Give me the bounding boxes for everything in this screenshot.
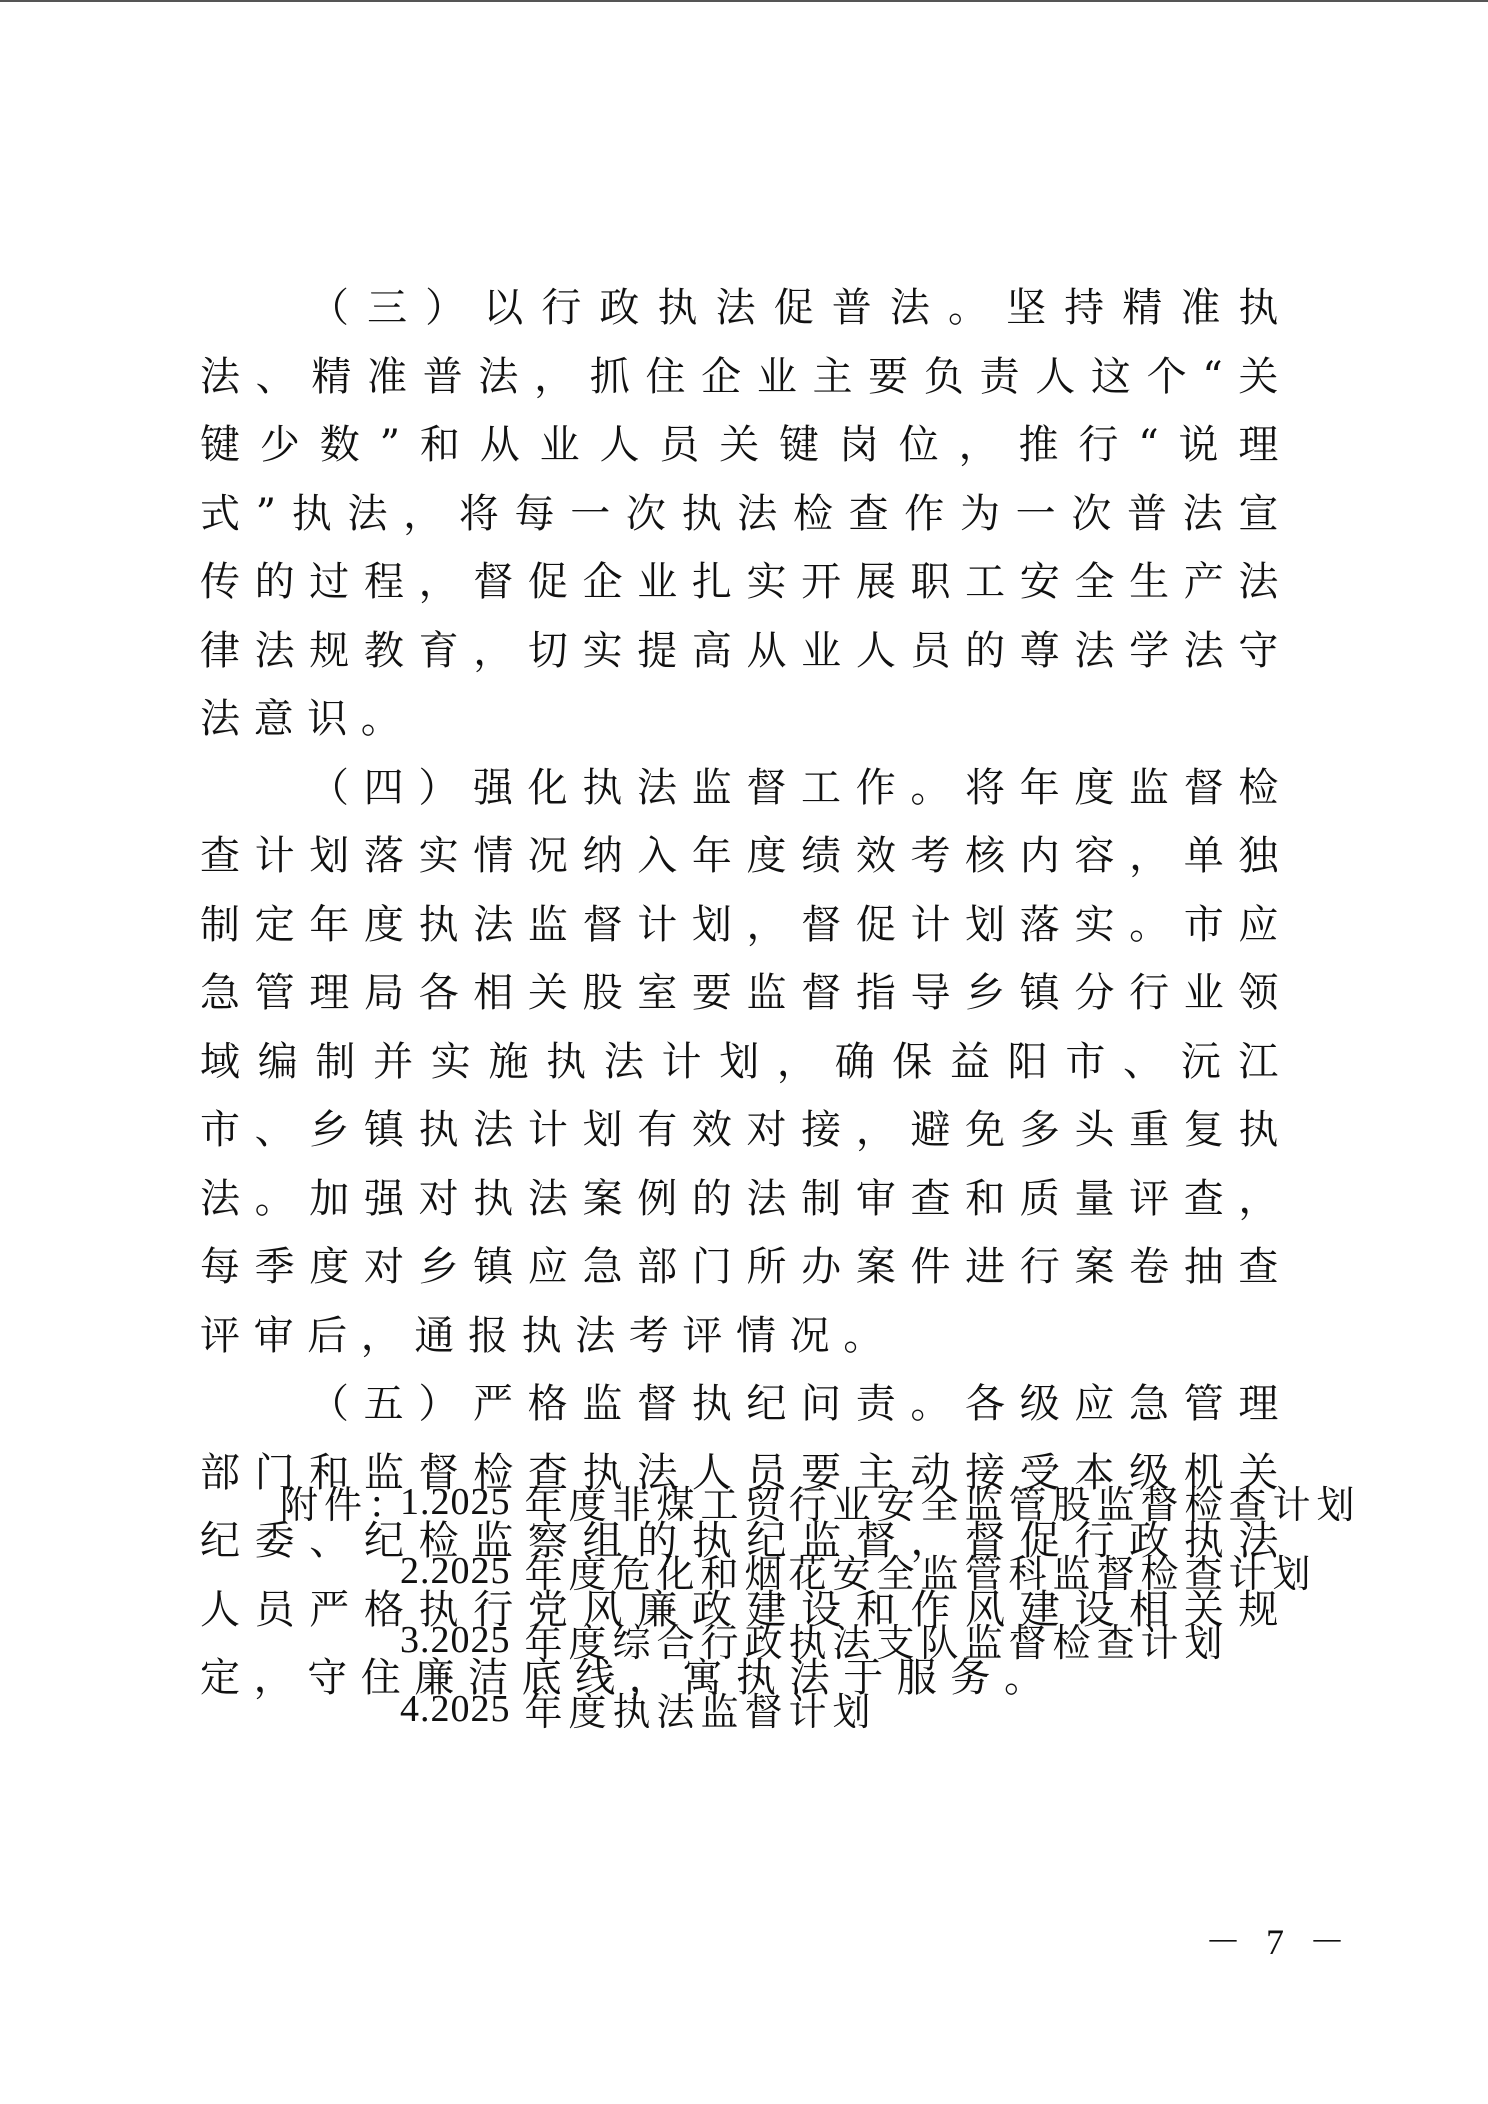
attachment-number: 3.2025 [400,1618,511,1662]
attachment-title: 年度综合行政执法支队监督检查计划 [525,1612,1229,1667]
attachment-title: 年度非煤工贸行业安全监管股监督检查计划 [525,1474,1361,1529]
attachment-number: 1.2025 [400,1480,511,1524]
attachment-number: 2.2025 [400,1549,511,1593]
paragraph-heading: （五）严格监督执纪问责。 [309,1381,965,1427]
attachments-list: 附件： 1.2025 年度非煤工贸行业安全监管股监督检查计划 2.2025 年度… [280,1467,1380,1743]
page-number: － 7 － [1205,1914,1353,1965]
attachment-item: 附件： 1.2025 年度非煤工贸行业安全监管股监督检查计划 [280,1467,1380,1536]
paragraph-3: （三）以行政执法促普法。坚持精准执法、精准普法，抓住企业主要负责人这个“关键少数… [200,274,1292,754]
paragraph-text: 坚持精准执法、精准普法，抓住企业主要负责人这个“关键少数”和从业人员关键岗位，推… [200,285,1292,742]
attachment-title: 年度执法监督计划 [525,1681,877,1736]
paragraph-4: （四）强化执法监督工作。将年度监督检查计划落实情况纳入年度绩效考核内容，单独制定… [200,754,1292,1371]
attachment-number: 4.2025 [400,1687,511,1731]
attachment-title: 年度危化和烟花安全监管科监督检查计划 [525,1543,1317,1598]
paragraph-heading: （三）以行政执法促普法。 [309,285,1006,331]
attachment-item: 4.2025 年度执法监督计划 [280,1674,1380,1743]
attachment-item: 2.2025 年度危化和烟花安全监管科监督检查计划 [280,1536,1380,1605]
attachment-item: 3.2025 年度综合行政执法支队监督检查计划 [280,1605,1380,1674]
attachments-label: 附件： [280,1474,400,1529]
paragraph-text: 将年度监督检查计划落实情况纳入年度绩效考核内容，单独制定年度执法监督计划，督促计… [200,765,1292,1359]
paragraph-heading: （四）强化执法监督工作。 [309,765,965,811]
